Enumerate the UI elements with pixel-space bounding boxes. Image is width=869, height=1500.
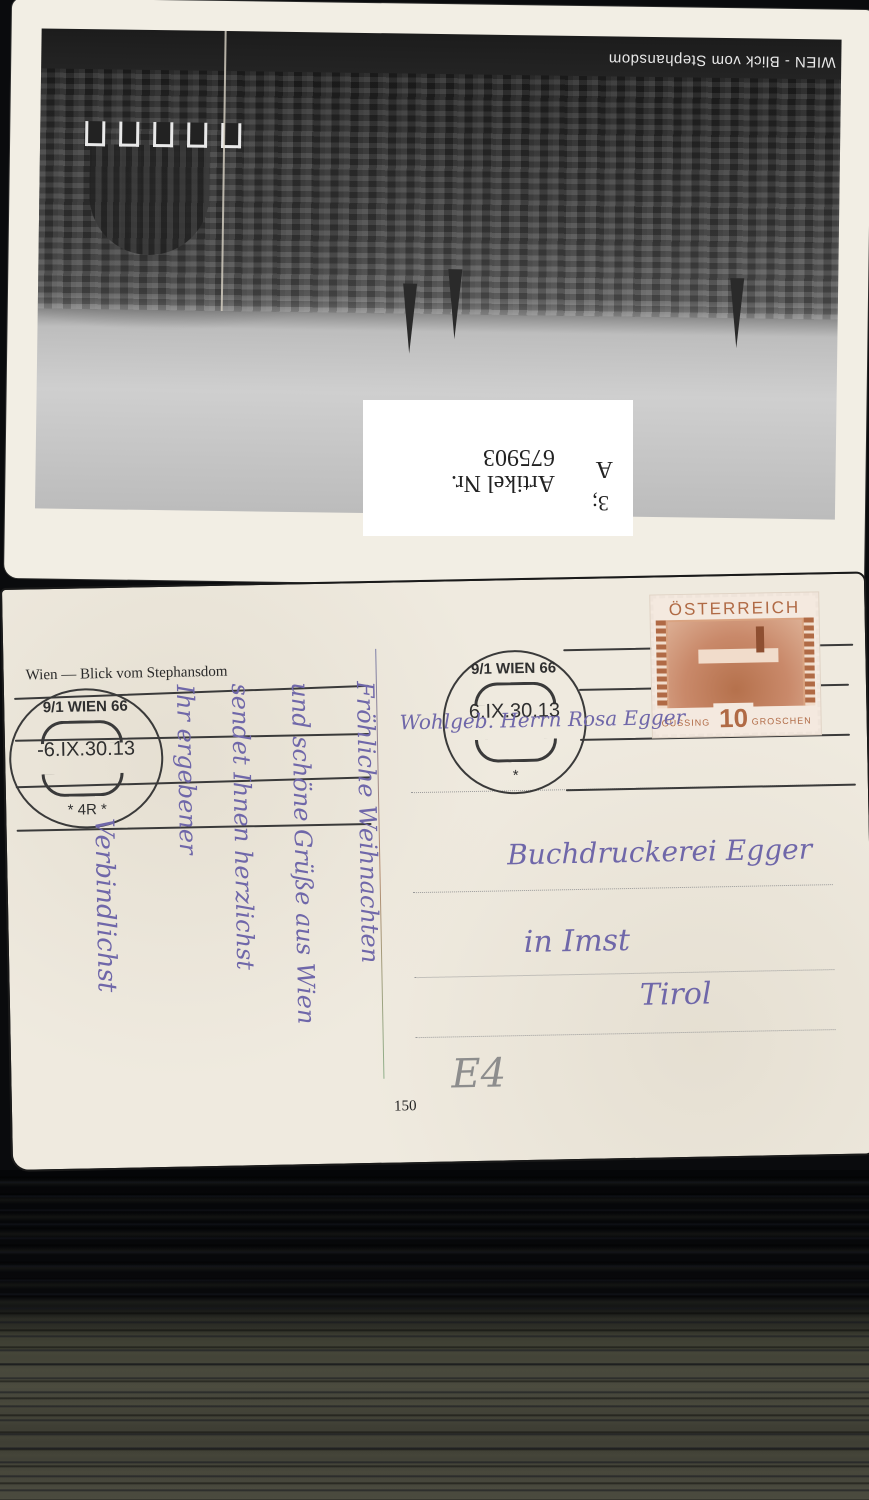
spire-icon	[402, 284, 417, 354]
page-number: 150	[394, 1098, 417, 1115]
label-letter: A	[596, 455, 613, 482]
photo-caption: WIEN - Blick vom Stephansdom	[608, 50, 836, 70]
castle-scene	[668, 620, 804, 709]
address-line-3: in Imst	[524, 923, 631, 960]
article-label-text: Artikel Nr.	[451, 469, 555, 496]
address-line-2: Buchdruckerei Egger	[507, 832, 813, 871]
signature: Verbindlichst	[88, 818, 121, 993]
address-line-4: Tirol	[640, 976, 712, 1012]
article-label: A 3; Artikel Nr. 675903	[363, 400, 633, 536]
spire-icon	[729, 278, 744, 348]
stamp-value: 10	[713, 703, 754, 734]
cancel-line	[566, 784, 856, 792]
stamp-country: ÖSTERREICH	[653, 597, 815, 620]
address-line	[416, 1029, 836, 1038]
message-line: Ihr ergebener	[171, 684, 202, 854]
building-windows	[85, 121, 255, 153]
printed-title: Wien — Blick vom Stephansdom	[25, 664, 227, 685]
scanner-background-striped	[0, 1170, 869, 1500]
castle-icon	[698, 648, 778, 664]
address-line	[415, 969, 835, 978]
message-line: Fröhliche Weihnachten	[351, 681, 384, 964]
spire-icon	[447, 269, 462, 339]
address-line-1: Wohlgeb. Herrn Rosa Egger	[399, 705, 685, 734]
pencil-mark: E4	[451, 1050, 507, 1097]
address-line	[413, 884, 833, 893]
message-line: sendet Ihnen herzlichst	[226, 683, 259, 970]
label-code: 3;	[592, 490, 609, 516]
article-number: 675903	[483, 443, 555, 470]
postcard-back: Wien — Blick vom Stephansdom 150 9/1 WIE…	[2, 573, 869, 1169]
tower-icon	[756, 626, 764, 652]
stamp-currency: GROSCHEN	[752, 715, 812, 726]
postmark-left: 9/1 WIEN 66 -6.IX.30.13 * 4R *	[8, 687, 165, 830]
